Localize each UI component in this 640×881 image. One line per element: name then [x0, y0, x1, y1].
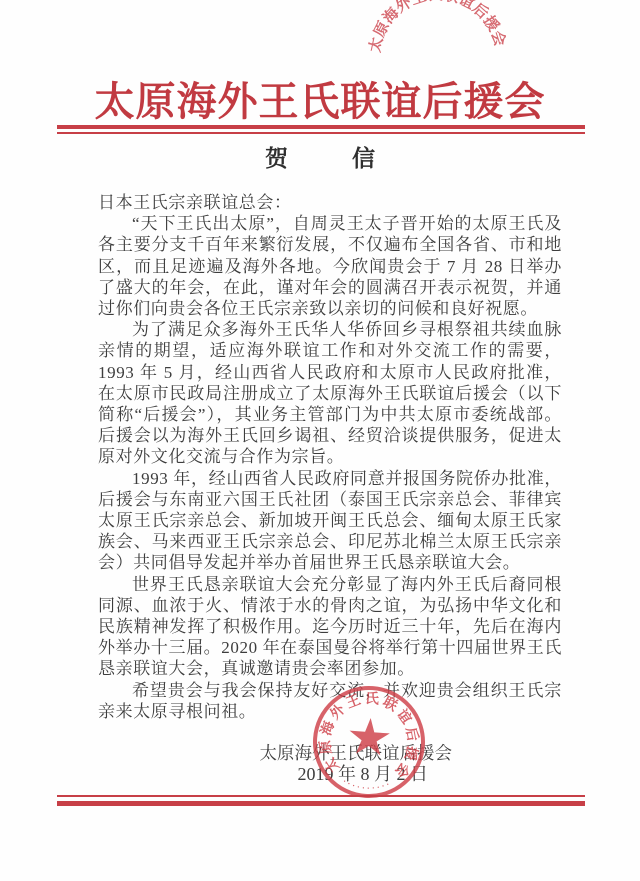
footer-rule-thin: [57, 795, 585, 797]
letter-body: 日本王氏宗亲联谊总会： “天下王氏出太原”，自周灵王太子晋开始的太原王氏及各主要…: [98, 192, 562, 722]
document-title-char-1: 贺: [265, 140, 288, 173]
official-round-seal: 太原海外王氏联谊后援会 ··········: [309, 682, 429, 802]
document-title: 贺 信: [0, 140, 640, 173]
salutation: 日本王氏宗亲联谊总会：: [98, 192, 562, 213]
paragraph-1: “天下王氏出太原”，自周灵王太子晋开始的太原王氏及各主要分支千百年来繁衍发展，不…: [98, 213, 562, 319]
letterhead-org-name: 太原海外王氏联谊后援会: [0, 70, 640, 127]
letterhead-rule-thick: [57, 125, 585, 129]
footer-rule-thick: [57, 801, 585, 806]
paragraph-3: 1993 年，经山西省人民政府同意并报国务院侨办批准，后援会与东南亚六国王氏社团…: [98, 468, 562, 574]
paragraph-2: 为了满足众多海外王氏华人华侨回乡寻根祭祖共续血脉亲情的期望，适应海外联谊工作和对…: [98, 319, 562, 467]
letter-page: 太原海外王氏联谊后援会 太原海外王氏联谊后援会 贺 信 日本王氏宗亲联谊总会： …: [0, 0, 640, 881]
seal-serial-marks: ··········: [313, 686, 424, 797]
paragraph-4: 世界王氏恳亲联谊大会充分彰显了海内外王氏后裔同根同源、血浓于火、情浓于水的骨肉之…: [98, 574, 562, 680]
letterhead-rule-thin: [57, 132, 585, 134]
document-title-char-2: 信: [352, 140, 375, 173]
